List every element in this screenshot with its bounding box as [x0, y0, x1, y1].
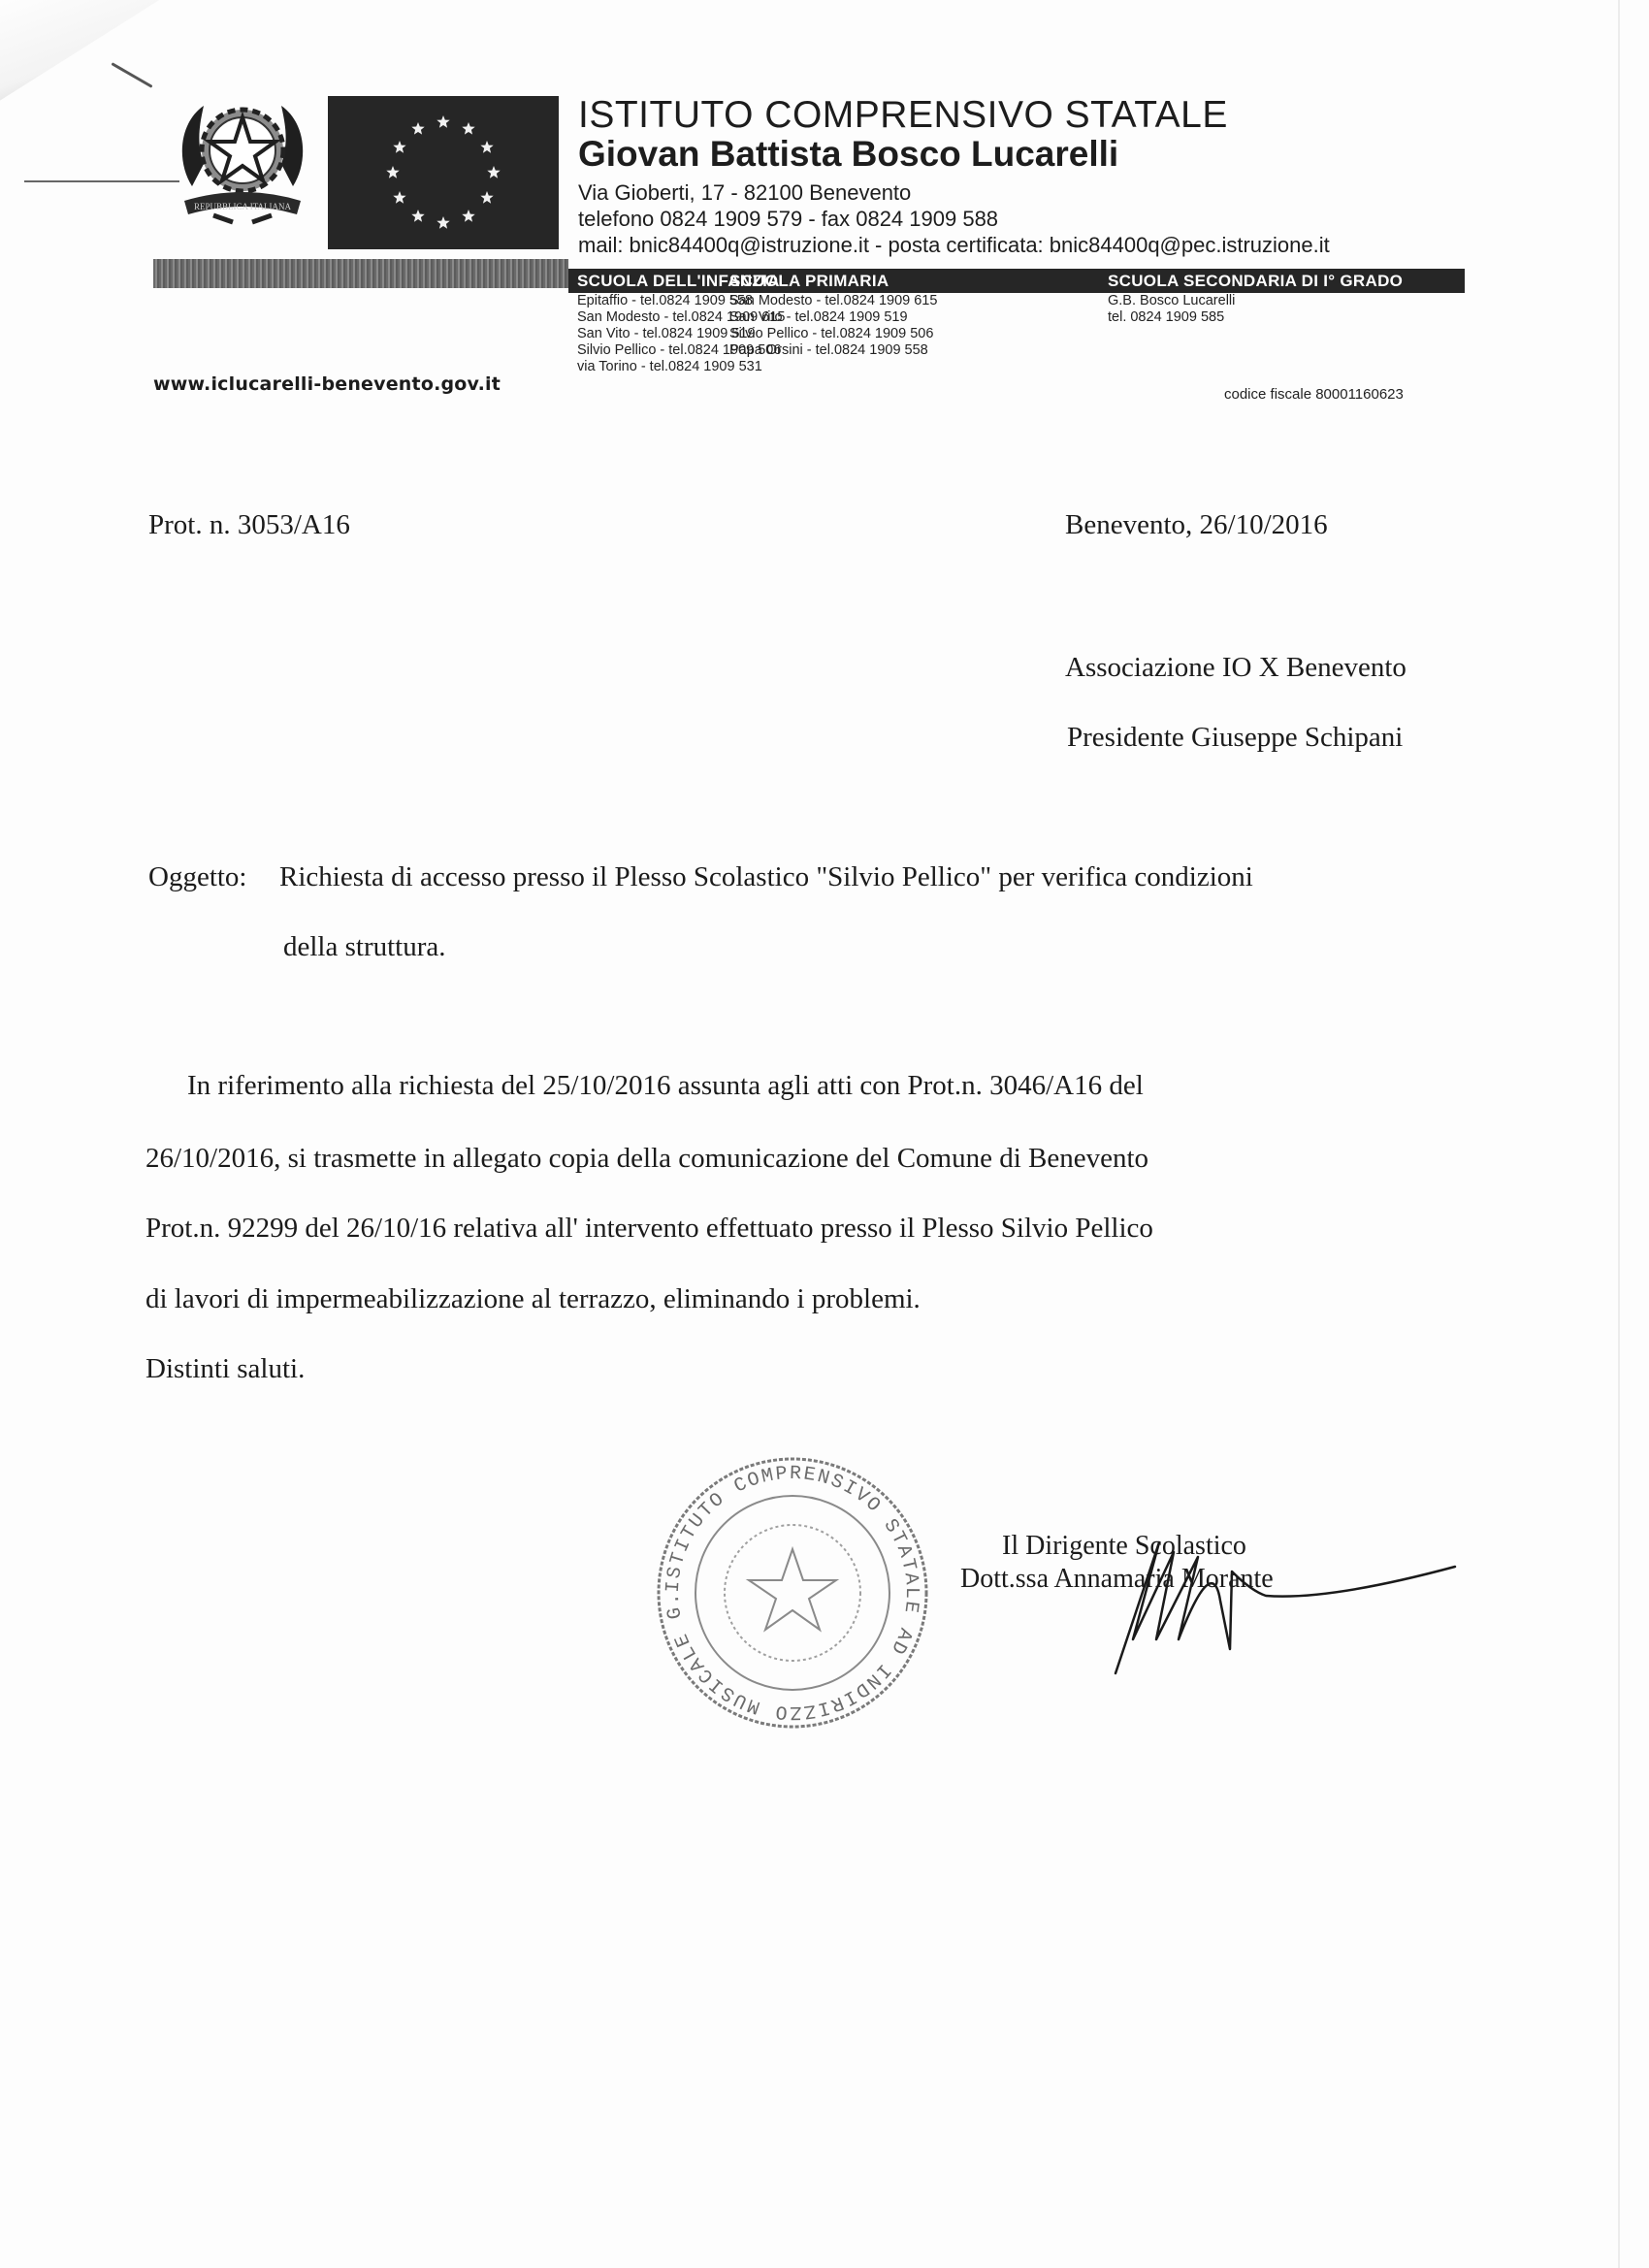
recipient-person: Presidente Giuseppe Schipani: [1067, 722, 1403, 754]
school-list-primaria: San Modesto - tel.0824 1909 615 San Vito…: [729, 293, 937, 359]
school-entry: Papa Orsini - tel.0824 1909 558: [729, 342, 937, 359]
body-line: Prot.n. 92299 del 26/10/16 relativa all'…: [145, 1213, 1153, 1245]
body-line: 26/10/2016, si trasmette in allegato cop…: [145, 1143, 1148, 1175]
institute-mail[interactable]: mail: bnic84400q@istruzione.it - posta c…: [578, 233, 1330, 258]
header-grey-bar: [153, 259, 568, 288]
school-entry: tel. 0824 1909 585: [1108, 309, 1235, 326]
body-line: di lavori di impermeabilizzazione al ter…: [145, 1283, 921, 1315]
subject-text-continued: della struttura.: [283, 931, 446, 963]
school-entry: Silvio Pellico - tel.0824 1909 506: [729, 326, 937, 342]
school-entry: via Torino - tel.0824 1909 531: [577, 359, 785, 375]
italian-republic-emblem-icon: REPUBBLICA ITALIANA: [175, 94, 310, 225]
subject-text: Richiesta di accesso presso il Plesso Sc…: [279, 861, 1253, 893]
institute-name: Giovan Battista Bosco Lucarelli: [578, 134, 1118, 175]
fiscal-code: codice fiscale 80001160623: [1224, 386, 1404, 403]
svg-text:REPUBBLICA ITALIANA: REPUBBLICA ITALIANA: [194, 202, 292, 211]
school-entry: San Modesto - tel.0824 1909 615: [729, 293, 937, 309]
school-list-secondaria: G.B. Bosco Lucarelli tel. 0824 1909 585: [1108, 293, 1235, 326]
handwritten-signature-icon: [1106, 1513, 1465, 1688]
protocol-number: Prot. n. 3053/A16: [148, 509, 350, 541]
folded-corner: [0, 0, 175, 107]
page-edge: [1618, 0, 1620, 2268]
school-entry: G.B. Bosco Lucarelli: [1108, 293, 1235, 309]
eu-flag-icon: [328, 96, 559, 249]
closing: Distinti saluti.: [145, 1353, 305, 1385]
body-line: In riferimento alla richiesta del 25/10/…: [187, 1070, 1144, 1102]
school-stamp-icon: ISTITUTO COMPRENSIVO STATALE AD INDIRIZZ…: [652, 1452, 933, 1733]
school-heading-primaria: SCUOLA PRIMARIA: [729, 269, 889, 293]
scan-line: [24, 180, 179, 182]
recipient-organization: Associazione IO X Benevento: [1065, 652, 1406, 684]
staple-mark: [111, 62, 152, 88]
school-entry: San Vito - tel.0824 1909 519: [729, 309, 937, 326]
institute-title: ISTITUTO COMPRENSIVO STATALE: [578, 94, 1228, 137]
school-heading-secondaria: SCUOLA SECONDARIA DI I° GRADO: [1108, 269, 1403, 293]
place-date: Benevento, 26/10/2016: [1065, 509, 1328, 541]
subject-label: Oggetto:: [148, 861, 247, 893]
institute-address: Via Gioberti, 17 - 82100 Benevento: [578, 180, 911, 206]
institute-phone-fax: telefono 0824 1909 579 - fax 0824 1909 5…: [578, 207, 998, 232]
website-url[interactable]: www.iclucarelli-benevento.gov.it: [153, 373, 501, 395]
